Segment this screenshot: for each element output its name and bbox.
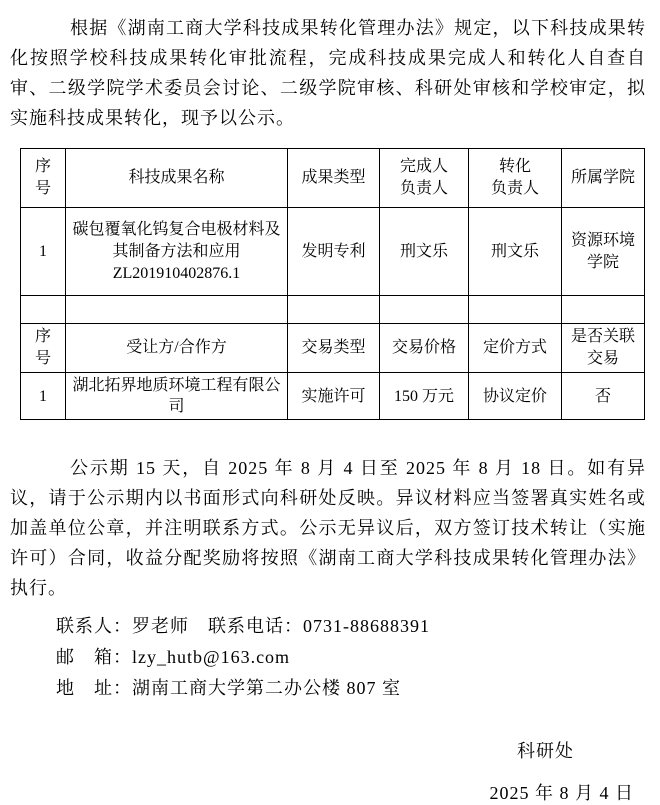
header-cell-related-transaction: 是否关联 交易 [562, 324, 645, 373]
header-cell-transaction-price: 交易价格 [380, 324, 469, 373]
header-cell-serial-2: 序 号 [21, 324, 66, 373]
notice-document: 根据《湖南工商大学科技成果转化管理办法》规定，以下科技成果转化按照学校科技成果转… [0, 0, 660, 805]
header-cell-college: 所属学院 [562, 149, 645, 208]
empty-cell [66, 296, 288, 324]
empty-cell [380, 296, 469, 324]
cell-related-transaction: 否 [562, 373, 645, 420]
closing-paragraph: 公示期 15 天，自 2025 年 8 月 4 日至 2025 年 8 月 18… [10, 453, 646, 603]
signature-department: 科研处 [10, 736, 646, 766]
cell-serial: 1 [21, 208, 66, 296]
contact-person-line: 联系人：罗老师 联系电话：0731-88688391 [56, 611, 646, 642]
header-cell-achievement-name: 科技成果名称 [66, 149, 288, 208]
cell-achievement-type: 发明专利 [288, 208, 380, 296]
cell-completion-lead: 刑文乐 [380, 208, 469, 296]
spacer-row [21, 296, 645, 324]
achievement-data-row: 1 碳包覆氧化钨复合电极材料及 其制备方法和应用 ZL201910402876.… [21, 208, 645, 296]
header-cell-achievement-type: 成果类型 [288, 149, 380, 208]
header-cell-completion-lead: 完成人 负责人 [380, 149, 469, 208]
header-cell-transfer-lead: 转化 负责人 [469, 149, 562, 208]
cell-achievement-name: 碳包覆氧化钨复合电极材料及 其制备方法和应用 ZL201910402876.1 [66, 208, 288, 296]
empty-cell [288, 296, 380, 324]
contact-address-line: 地 址：湖南工商大学第二办公楼 807 室 [56, 673, 646, 704]
transaction-data-row: 1 湖北拓界地质环境工程有限公司 实施许可 150 万元 协议定价 否 [21, 373, 645, 420]
header-cell-transaction-type: 交易类型 [288, 324, 380, 373]
empty-cell [21, 296, 66, 324]
header-cell-pricing-method: 定价方式 [469, 324, 562, 373]
contact-block: 联系人：罗老师 联系电话：0731-88688391 邮 箱：lzy_hutb@… [10, 611, 646, 704]
empty-cell [562, 296, 645, 324]
cell-transaction-type: 实施许可 [288, 373, 380, 420]
empty-cell [469, 296, 562, 324]
cell-transferee: 湖北拓界地质环境工程有限公司 [66, 373, 288, 420]
header-cell-transferee: 受让方/合作方 [66, 324, 288, 373]
achievement-header-row: 序 号 科技成果名称 成果类型 完成人 负责人 转化 负责人 所属学院 [21, 149, 645, 208]
cell-transaction-price: 150 万元 [380, 373, 469, 420]
header-cell-serial: 序 号 [21, 149, 66, 208]
contact-email-line: 邮 箱：lzy_hutb@163.com [56, 642, 646, 673]
transaction-header-row: 序 号 受让方/合作方 交易类型 交易价格 定价方式 是否关联 交易 [21, 324, 645, 373]
cell-pricing-method: 协议定价 [469, 373, 562, 420]
cell-serial-2: 1 [21, 373, 66, 420]
cell-transfer-lead: 刑文乐 [469, 208, 562, 296]
intro-paragraph: 根据《湖南工商大学科技成果转化管理办法》规定，以下科技成果转化按照学校科技成果转… [10, 13, 646, 133]
signature-date: 2025 年 8 月 4 日 [10, 778, 646, 805]
cell-college: 资源环境 学院 [562, 208, 645, 296]
notice-table: 序 号 科技成果名称 成果类型 完成人 负责人 转化 负责人 所属学院 1 碳包… [20, 148, 645, 420]
